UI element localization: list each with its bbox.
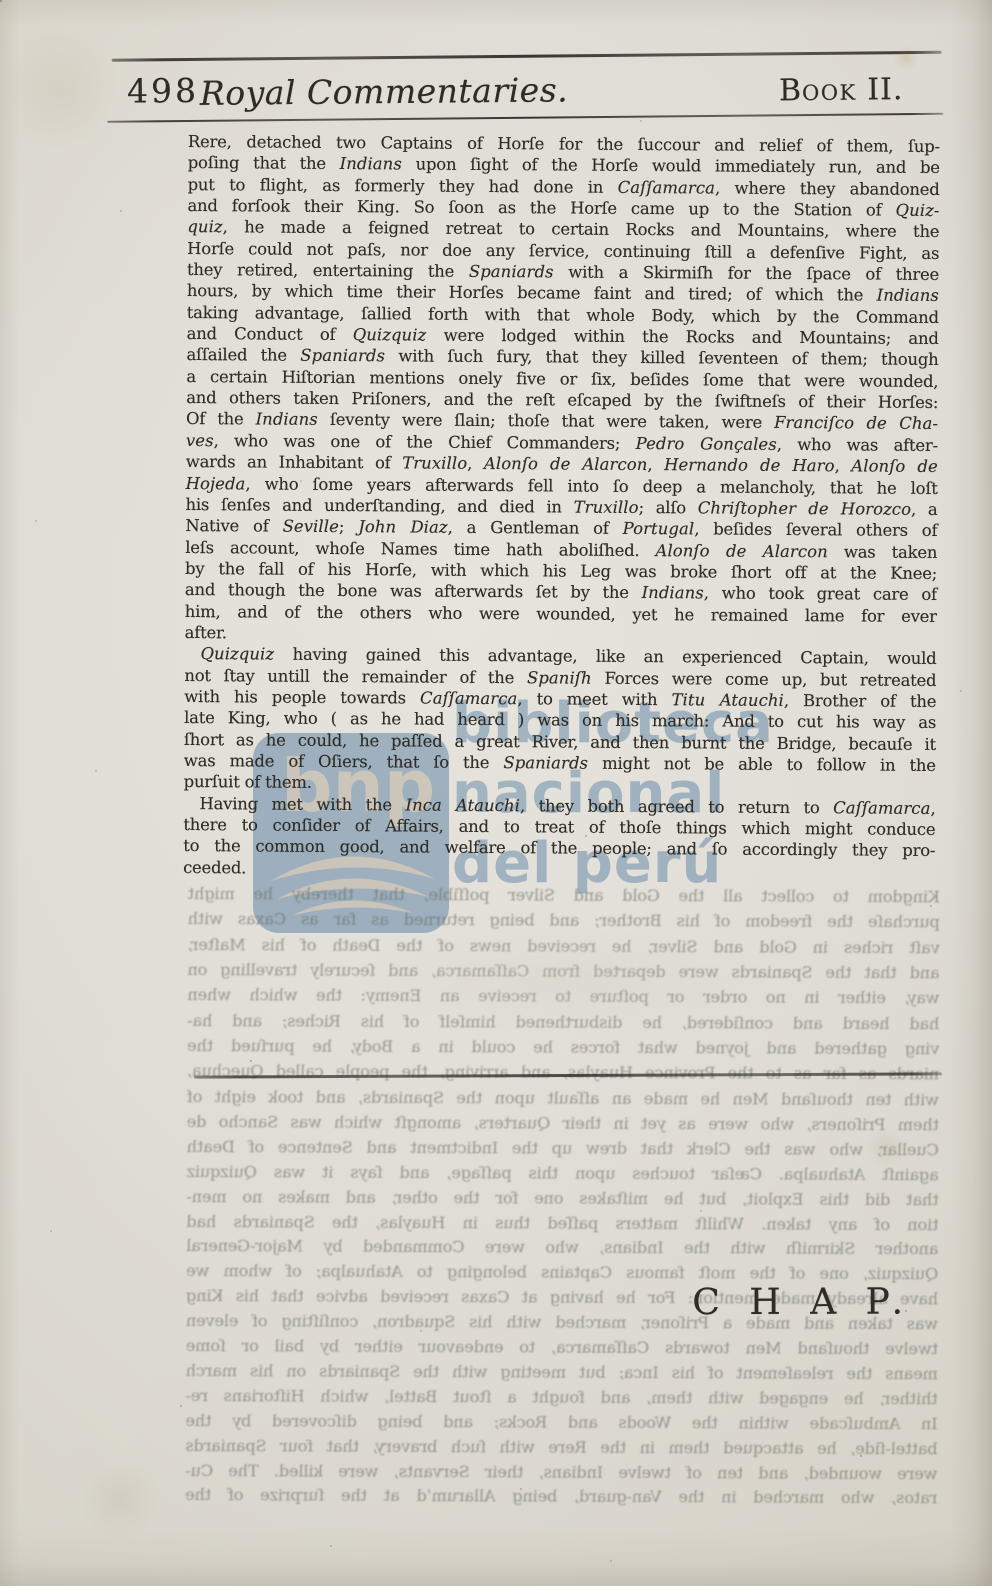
header-rule-top xyxy=(112,51,942,62)
book-page-scan: bnp biblioteca nacional del perú Kingdom… xyxy=(0,0,992,1586)
running-title: Royal Commentaries. xyxy=(0,68,768,114)
paper-specks xyxy=(0,0,2,2)
header-rule-bottom xyxy=(107,113,943,123)
body-paragraph: Quizquiz having gained this advantage, l… xyxy=(184,643,937,797)
body-text: Rere, detached two Captains of Horſe for… xyxy=(183,131,940,883)
book-numeral: II. xyxy=(857,72,904,107)
body-paragraph: Rere, detached two Captains of Horſe for… xyxy=(185,131,940,648)
catchword: C H A P. xyxy=(0,1281,912,1325)
body-paragraph: Having met with the Inca Atauchi, they b… xyxy=(183,793,936,883)
page-header: 498 Royal Commentaries. Book II. xyxy=(0,0,992,145)
section-rule xyxy=(194,1072,942,1078)
book-small-caps: ook xyxy=(802,81,857,106)
book-label: Book II. xyxy=(779,72,904,108)
book-initial: B xyxy=(779,73,802,108)
printed-layer: 498 Royal Commentaries. Book II. Rere, d… xyxy=(0,0,992,1586)
